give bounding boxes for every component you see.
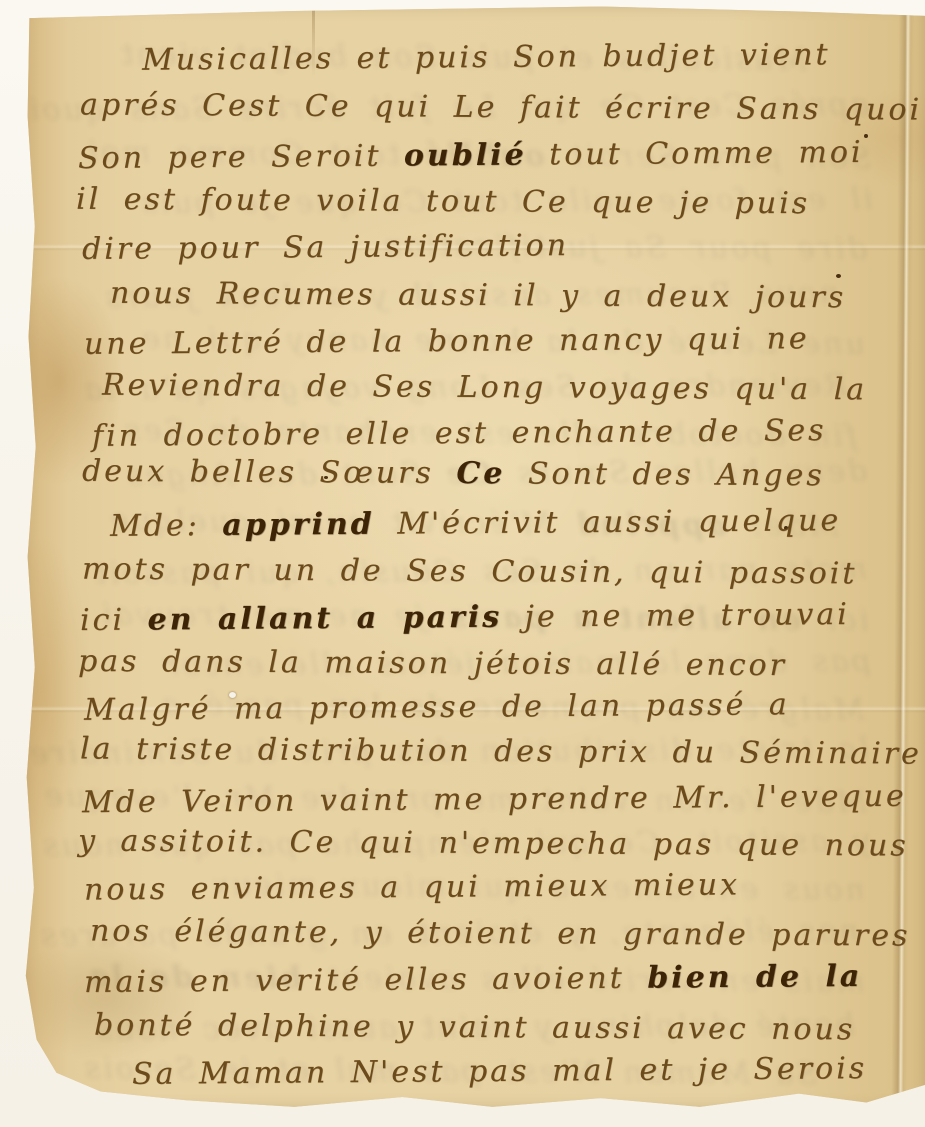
letter-segment: mots par un de Ses Cousin, qui passoit [82,552,858,592]
letter-line: fin doctobre elle est enchante de Ses [92,413,827,454]
letter-segment-dark-ink: bien de la [647,959,862,996]
letter-segment: Mde Veiron vaint me prendre Mr. l'eveque [82,779,907,820]
letter-page: Musicalles et puis Son budjet vientaprés… [24,6,925,1108]
letter-segment: dire pour Sa justification [82,228,569,267]
letter-line: bonté delphine y vaint aussi avec nous [94,1008,855,1048]
letter-line: nous Recumes aussi il y a deux jours [110,276,846,315]
letter-segment: Sa Maman N'est pas mal et je Serois [132,1051,867,1092]
letter-segment-dark-ink: apprind [222,507,375,543]
letter-line: nous enviames a qui mieux mieux [84,867,740,907]
letter-line: mots par un de Ses Cousin, qui passoit [82,552,858,592]
letter-segment: ici [80,602,148,638]
letter-segment: Malgré ma promesse de lan passé a [84,687,790,728]
letter-segment: bonté delphine y vaint aussi avec nous [94,1008,855,1048]
letter-segment: mais en verité elles avoient [84,961,648,1000]
letter-segment: fin doctobre elle est enchante de Ses [92,413,827,454]
letter-line: Sa Maman N'est pas mal et je Serois [132,1051,867,1092]
letter-line: Son pere Seroit oublié tout Comme moi [78,135,864,176]
letter-segment: tout Comme moi [527,135,864,173]
letter-line: Reviendra de Ses Long voyages qu'a la [102,368,867,408]
letter-line: Mde Veiron vaint me prendre Mr. l'eveque [82,779,907,820]
letter-line: mais en verité elles avoient bien de la [84,959,863,1000]
letter-segment: Mde: [110,508,223,544]
letter-segment: nos élégante, y étoient en grande parure… [90,913,911,953]
letter-segment: pas dans la maison jétois allé encor [78,644,787,683]
letter-line: Malgré ma promesse de lan passé a [84,687,790,728]
letter-line: nos élégante, y étoient en grande parure… [90,913,911,953]
letter-segment: je ne me trouvai [502,597,850,635]
letter-segment: Sont des Anges [505,456,825,493]
letter-line: deux belles Sœurs Ce Sont des Anges [82,454,825,494]
letter-line: il est foute voila tout Ce que je puis [76,182,810,221]
letter-text: Musicalles et puis Son budjet vientaprés… [24,6,925,1108]
letter-line: y assitoit. Ce qui n'empecha pas que nou… [78,823,909,863]
letter-segment: la triste distribution des prix du Sémin… [80,731,922,771]
letter-segment: Reviendra de Ses Long voyages qu'a la [102,368,867,408]
letter-segment: M'écrivit aussi quelque [375,503,842,542]
letter-line: ici en allant a paris je ne me trouvai [80,597,850,638]
letter-segment: il est foute voila tout Ce que je puis [76,182,810,221]
letter-segment: y assitoit. Ce qui n'empecha pas que nou… [78,823,909,863]
letter-line: pas dans la maison jétois allé encor [78,644,787,683]
letter-segment: nous enviames a qui mieux mieux [84,867,740,907]
letter-segment: deux belles Sœurs [82,454,457,491]
letter-segment: Musicalles et puis Son budjet vient [142,37,831,77]
letter-segment-dark-ink: en allant a paris [147,600,502,638]
letter-segment-dark-ink: oublié [404,138,527,174]
letter-line: Musicalles et puis Son budjet vient [142,37,831,77]
letter-line: Mde: apprind M'écrivit aussi quelque [110,503,841,544]
letter-segment: une Lettré de la bonne nancy qui ne [84,321,810,362]
scan-background: Musicalles et puis Son budjet vientaprés… [0,0,925,1127]
letter-line: une Lettré de la bonne nancy qui ne [84,321,810,362]
letter-line: dire pour Sa justification [82,228,569,267]
letter-line: la triste distribution des prix du Sémin… [80,731,922,771]
letter-segment-dark-ink: Ce [456,456,505,491]
letter-line: aprés Cest Ce qui Le fait écrire Sans qu… [80,87,922,127]
letter-segment: nous Recumes aussi il y a deux jours [110,276,846,315]
letter-segment: aprés Cest Ce qui Le fait écrire Sans qu… [80,87,922,127]
letter-segment: Son pere Seroit [78,139,404,177]
